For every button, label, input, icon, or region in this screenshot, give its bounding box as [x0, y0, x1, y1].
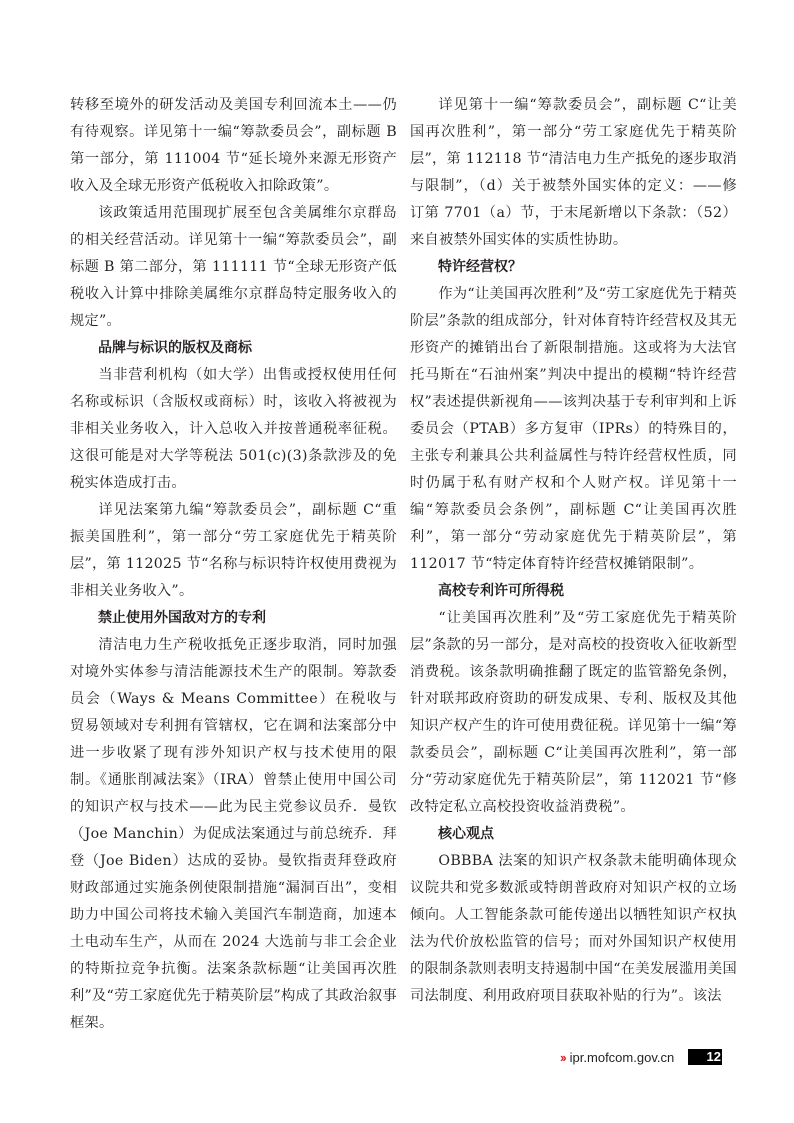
page-number: 12 [688, 1049, 722, 1065]
right-column: 详见第十一编“筹款委员会”，副标题 C“让美国再次胜利”，第一部分“劳工家庭优先… [410, 92, 737, 1010]
paragraph: 清洁电力生产税收抵免正逐步取消，同时加强对境外实体参与清洁能源技术生产的限制。筹… [70, 632, 397, 1037]
paragraph: “让美国再次胜利”及“劳工家庭优先于精英阶层”条款的另一部分，是对高校的投资收入… [410, 605, 737, 821]
paragraph: 该政策适用范围现扩展至包含美属维尔京群岛的相关经营活动。详见第十一编“筹款委员会… [70, 200, 397, 335]
left-column: 转移至境外的研发活动及美国专利回流本土——仍有待观察。详见第十一编“筹款委员会”… [70, 92, 397, 1037]
section-heading: 核心观点 [410, 821, 737, 848]
paragraph: 详见第十一编“筹款委员会”，副标题 C“让美国再次胜利”，第一部分“劳工家庭优先… [410, 92, 737, 254]
paragraph: 作为“让美国再次胜利”及“劳工家庭优先于精英阶层”条款的组成部分，针对体育特许经… [410, 281, 737, 578]
section-heading: 高校专利许可所得税 [410, 578, 737, 605]
paragraph: OBBBA 法案的知识产权条款未能明确体现众议院共和党多数派或特朗普政府对知识产… [410, 848, 737, 1010]
website-link[interactable]: ipr.mofcom.gov.cn [570, 1050, 675, 1065]
paragraph: 转移至境外的研发活动及美国专利回流本土——仍有待观察。详见第十一编“筹款委员会”… [70, 92, 397, 200]
section-heading: 品牌与标识的版权及商标 [70, 335, 397, 362]
section-heading: 禁止使用外国敌对方的专利 [70, 605, 397, 632]
section-heading: 特许经营权？ [410, 254, 737, 281]
paragraph: 详见法案第九编“筹款委员会”，副标题 C“重振美国胜利”，第一部分“劳工家庭优先… [70, 497, 397, 605]
double-chevron-right-icon: ›› [560, 1050, 565, 1065]
paragraph: 当非营利机构（如大学）出售或授权使用任何名称或标识（含版权或商标）时，该收入将被… [70, 362, 397, 497]
page-footer: ›› ipr.mofcom.gov.cn 12 [560, 1049, 674, 1065]
